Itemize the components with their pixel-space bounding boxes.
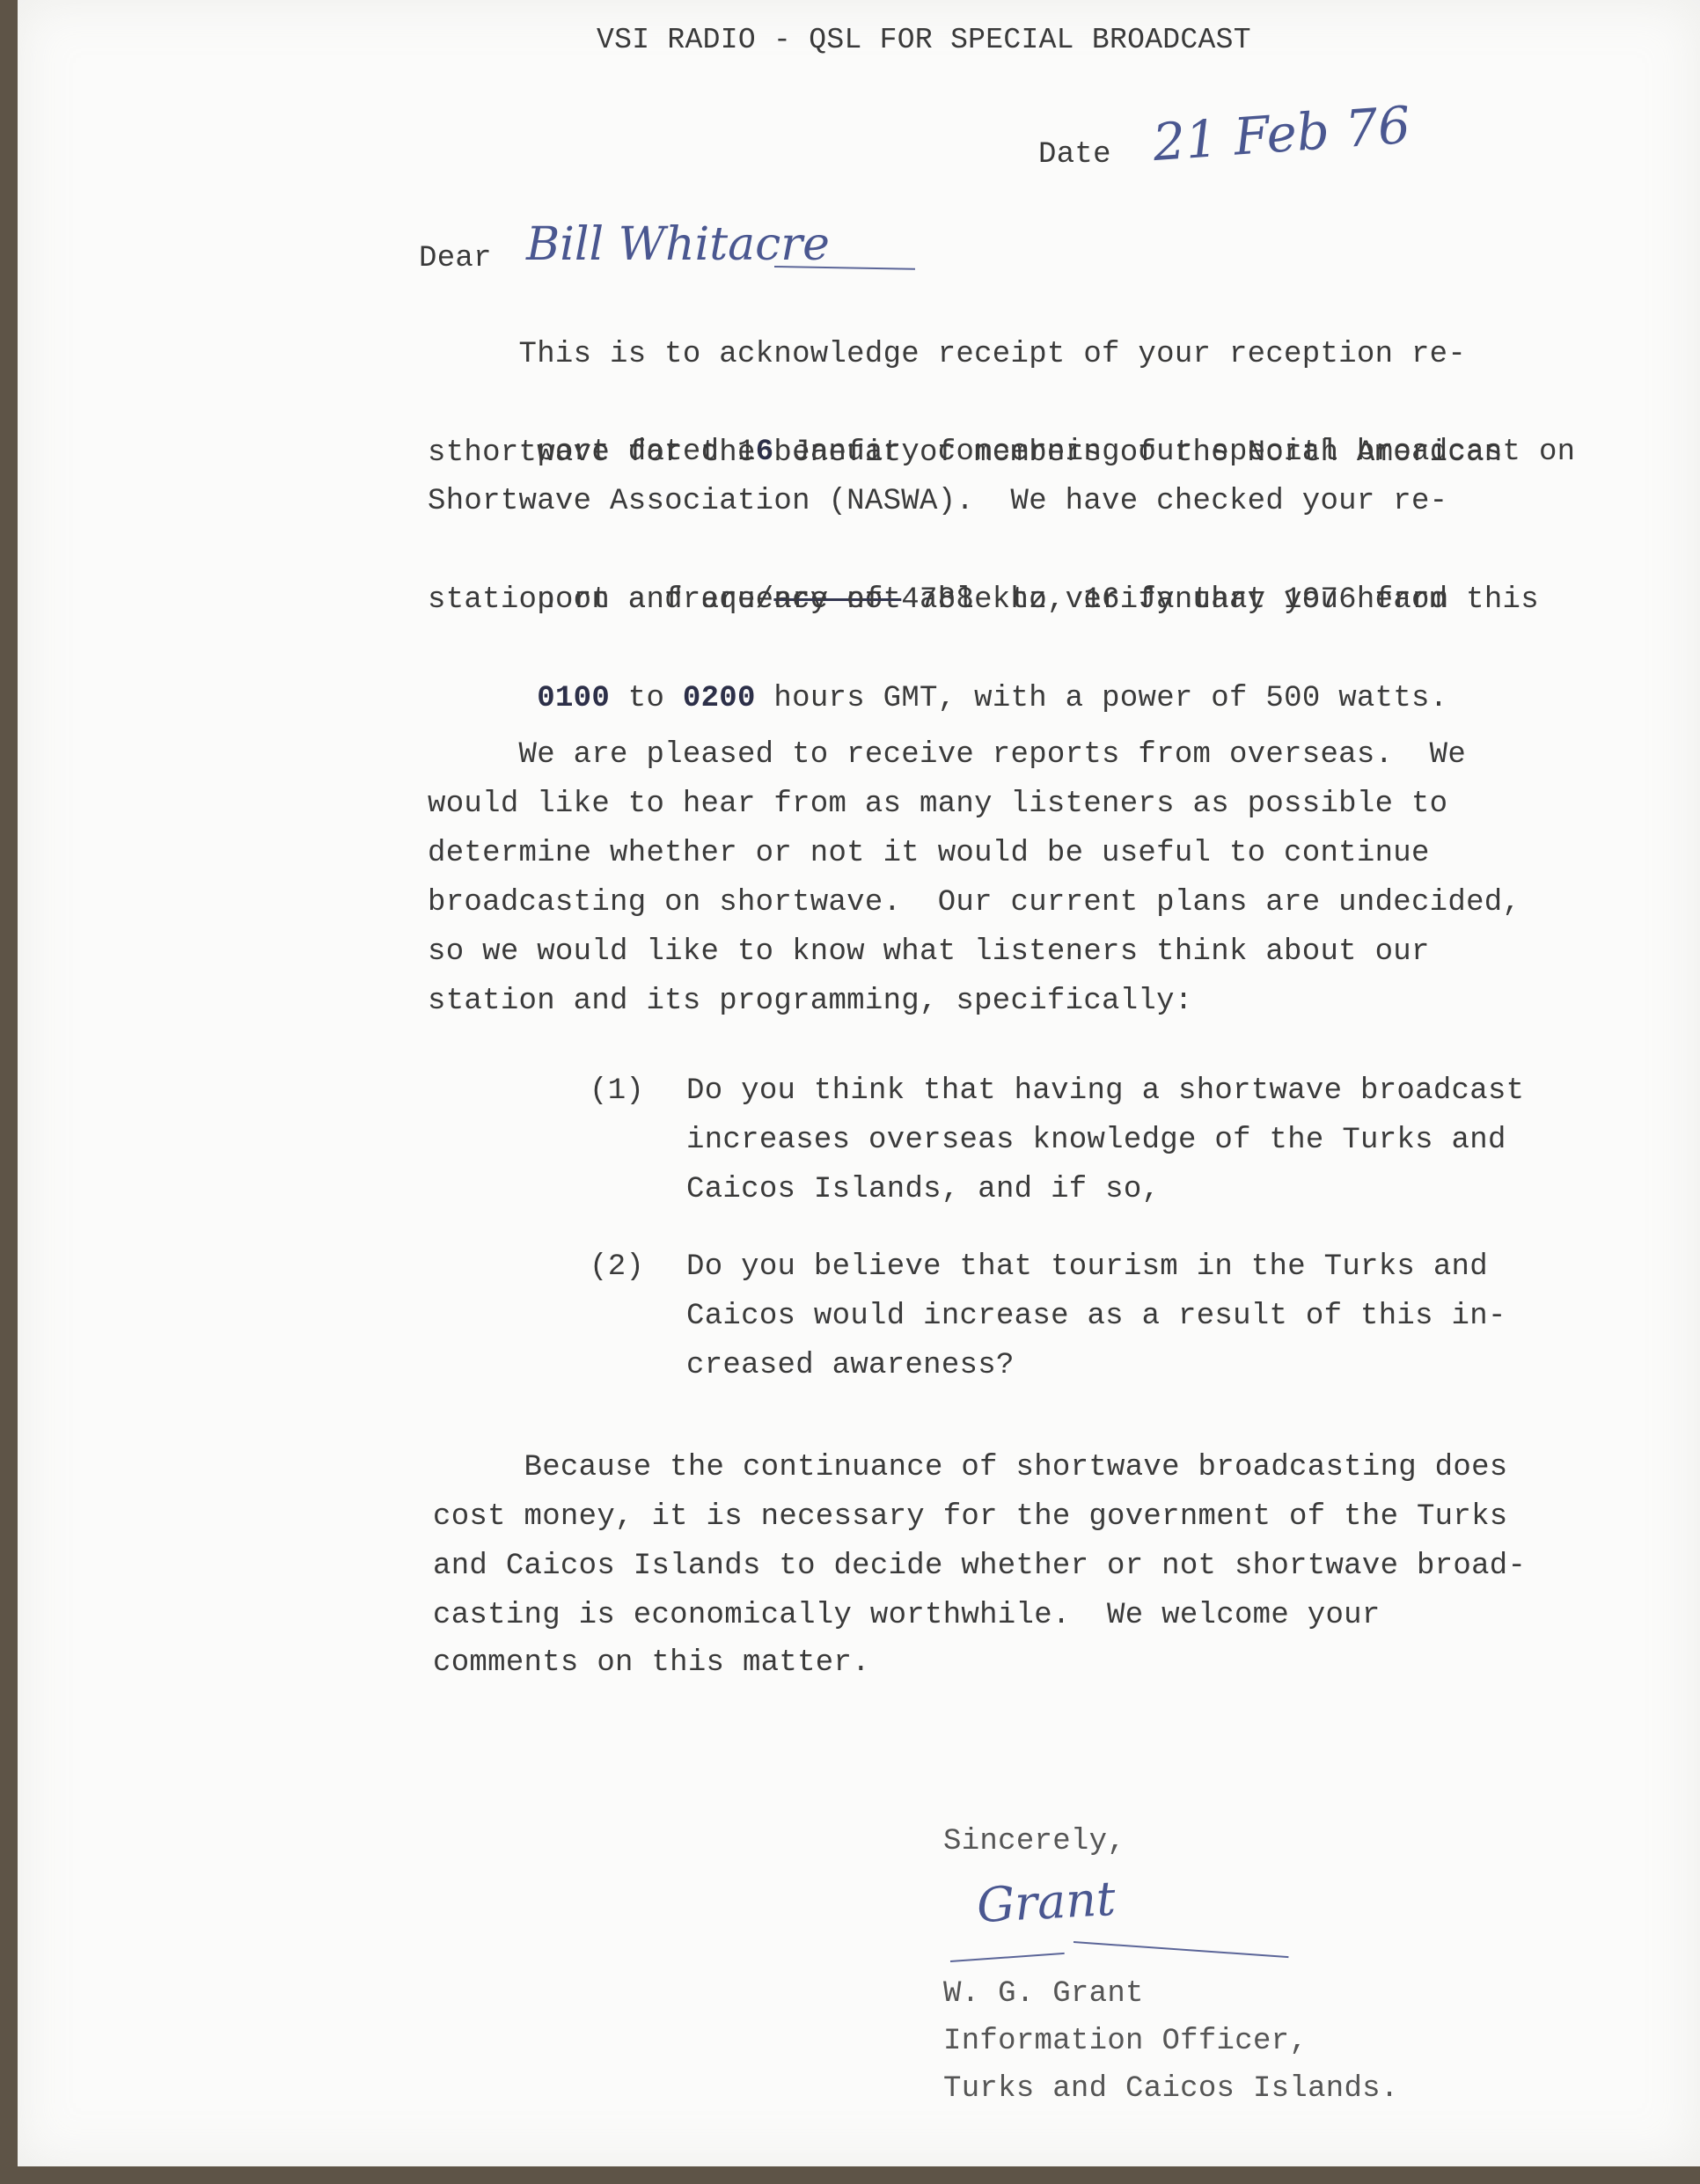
signature-flourish [1073,1941,1289,1958]
p2-line-3: determine whether or not it would be use… [428,829,1430,878]
p1-line-1: This is to acknowledge receipt of your r… [428,330,1466,379]
question-2-number: (2) [590,1242,644,1292]
p3-line-5: comments on this matter. [433,1638,870,1688]
p1-line-7-end: hours GMT, with a power of 500 watts. [756,682,1448,715]
p2-line-1: We are pleased to receive reports from o… [428,730,1466,780]
question-2-line-2: Caicos would increase as a result of thi… [686,1292,1506,1341]
signature-handwritten: Grant [975,1871,1117,1933]
signer-title: Information Officer, [943,2017,1308,2066]
question-2-line-1: Do you believe that tourism in the Turks… [686,1242,1488,1292]
question-2-line-3: creased awareness? [686,1341,1015,1390]
signer-name: W. G. Grant [943,1969,1144,2019]
question-1-line-2: increases overseas knowledge of the Turk… [686,1116,1506,1165]
signer-organization: Turks and Caicos Islands. [943,2064,1399,2114]
letter-heading: VSI RADIO - QSL FOR SPECIAL BROADCAST [597,16,1251,65]
question-1-line-3: Caicos Islands, and if so, [686,1165,1160,1214]
end-time: 0200 [683,682,756,715]
start-time: 0100 [537,682,610,715]
p3-line-3: and Caicos Islands to decide whether or … [433,1542,1526,1591]
p2-line-5: so we would like to know what listeners … [428,927,1430,977]
p1-line-4: Shortwave Association (NASWA). We have c… [428,477,1447,526]
p2-line-2: would like to hear from as many listener… [428,780,1447,829]
p2-line-6: station and its programming, specificall… [428,977,1193,1026]
letter-paper: VSI RADIO - QSL FOR SPECIAL BROADCAST Da… [18,0,1700,2166]
p3-line-1: Because the continuance of shortwave bro… [433,1443,1508,1492]
p1-line-7-mid: to [610,682,683,715]
p1-line-3: sthortwave for the benefit of members of… [428,429,1503,478]
p1-line-6: station on a frequency of 4788 khz, 16 J… [428,575,1447,625]
salutation: Dear [419,234,492,283]
question-1-line-1: Do you think that having a shortwave bro… [686,1066,1524,1116]
recipient-name-handwritten: Bill Whitacre [526,218,830,271]
p3-line-2: cost money, it is necessary for the gove… [433,1492,1508,1542]
p2-line-4: broadcasting on shortwave. Our current p… [428,878,1520,927]
date-label: Date [1038,130,1111,180]
closing: Sincerely, [943,1817,1125,1866]
signature-underline-left [950,1953,1065,1962]
question-1-number: (1) [590,1066,644,1116]
p3-line-4: casting is economically worthwhile. We w… [433,1591,1381,1640]
date-handwritten: 21 Feb 76 [1151,95,1412,172]
